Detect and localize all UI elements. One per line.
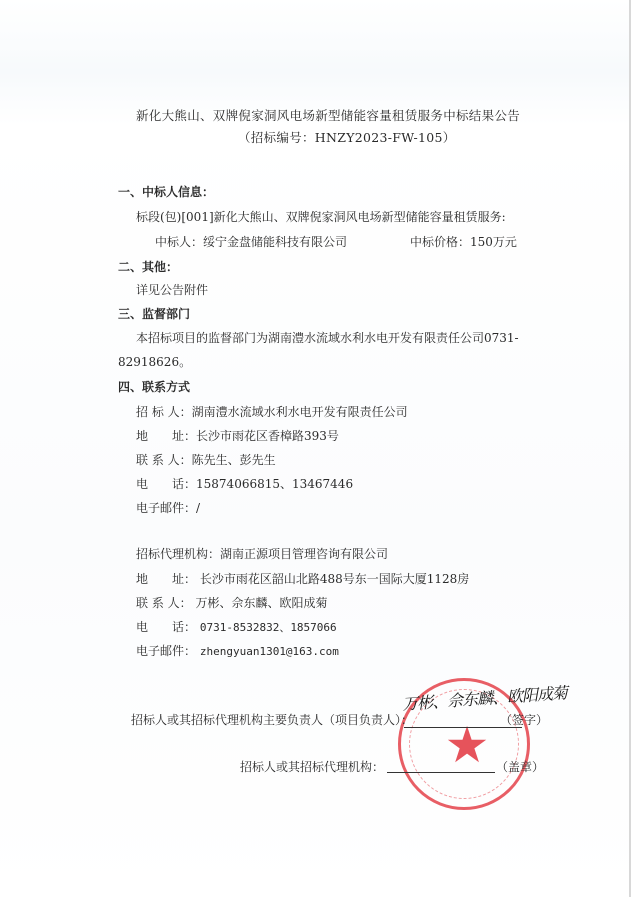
section1-heading: 一、中标人信息：	[118, 183, 214, 200]
tender-number: （招标编号：HNZY2023-FW-105）	[238, 128, 456, 146]
contact-label: 联 系 人：	[136, 453, 192, 467]
contact-row: 地 址： 长沙市雨花区韶山北路488号东一国际大厦1128房	[136, 570, 469, 587]
responsible-person-label: 招标人或其招标代理机构主要负责人（项目负责人）：	[131, 711, 413, 728]
contact-row: 联 系 人： 万彬、佘东麟、欧阳成菊	[136, 594, 327, 611]
contact-row: 地 址：长沙市雨花区香樟路393号	[136, 427, 339, 444]
section3-heading: 三、监督部门	[118, 305, 190, 322]
contact-value: 0731-8532832、1857066	[200, 621, 337, 634]
contact-value: 长沙市雨花区香樟路393号	[196, 429, 339, 443]
contact-label: 电子邮件：	[136, 644, 196, 658]
contact-label: 地 址：	[136, 572, 196, 586]
seal-suffix: （盖章）	[496, 758, 544, 775]
contact-label: 电 话：	[136, 620, 196, 634]
supervisor-text-line1: 本招标项目的监督部门为湖南澧水流域水利水电开发有限责任公司0731-	[136, 329, 519, 346]
contact-label: 联 系 人：	[136, 596, 192, 610]
email-link[interactable]: zhengyuan1301@163.com	[200, 645, 339, 658]
contact-label: 招 标 人：	[136, 405, 192, 419]
contact-value: 15874066815、13467446	[196, 477, 353, 491]
winner: 中标人：绥宁金盘储能科技有限公司	[155, 233, 347, 250]
seal-line	[387, 772, 495, 773]
contact-value: 湖南正源项目管理咨询有限公司	[220, 547, 388, 561]
section4-heading: 四、联系方式	[118, 378, 190, 395]
contact-label: 招标代理机构：	[136, 547, 220, 561]
org-seal-label: 招标人或其招标代理机构：	[240, 758, 384, 775]
contact-row: 招标代理机构：湖南正源项目管理咨询有限公司	[136, 545, 388, 562]
contact-row: 招 标 人：湖南澧水流域水利水电开发有限责任公司	[136, 403, 408, 420]
contact-label: 电子邮件：	[136, 501, 196, 515]
contact-value: 万彬、佘东麟、欧阳成菊	[195, 596, 327, 610]
section2-text: 详见公告附件	[136, 281, 208, 298]
contact-value: 陈先生、彭先生	[192, 453, 276, 467]
contact-row: 电 话：15874066815、13467446	[136, 475, 353, 492]
contact-value: /	[196, 501, 200, 515]
supervisor-text-line2: 82918626。	[118, 353, 191, 370]
contact-row: 电子邮件： zhengyuan1301@163.com	[136, 642, 339, 659]
lot-description: 标段(包)[001]新化大熊山、双牌倪家洞风电场新型储能容量租赁服务:	[136, 208, 506, 225]
contact-row: 联 系 人：陈先生、彭先生	[136, 451, 276, 468]
contact-row: 电子邮件：/	[136, 499, 200, 516]
contact-row: 电 话： 0731-8532832、1857066	[136, 618, 337, 635]
contact-label: 地 址：	[136, 429, 196, 443]
contact-label: 电 话：	[136, 477, 196, 491]
document-title: 新化大熊山、双牌倪家洞风电场新型储能容量租赁服务中标结果公告	[136, 106, 520, 124]
contact-value: 湖南澧水流域水利水电开发有限责任公司	[192, 405, 408, 419]
sign-suffix: （签字）	[500, 711, 548, 728]
section2-heading: 二、其他：	[118, 258, 178, 275]
winning-price: 中标价格：150万元	[410, 233, 517, 250]
contact-value: 长沙市雨花区韶山北路488号东一国际大厦1128房	[200, 572, 469, 586]
